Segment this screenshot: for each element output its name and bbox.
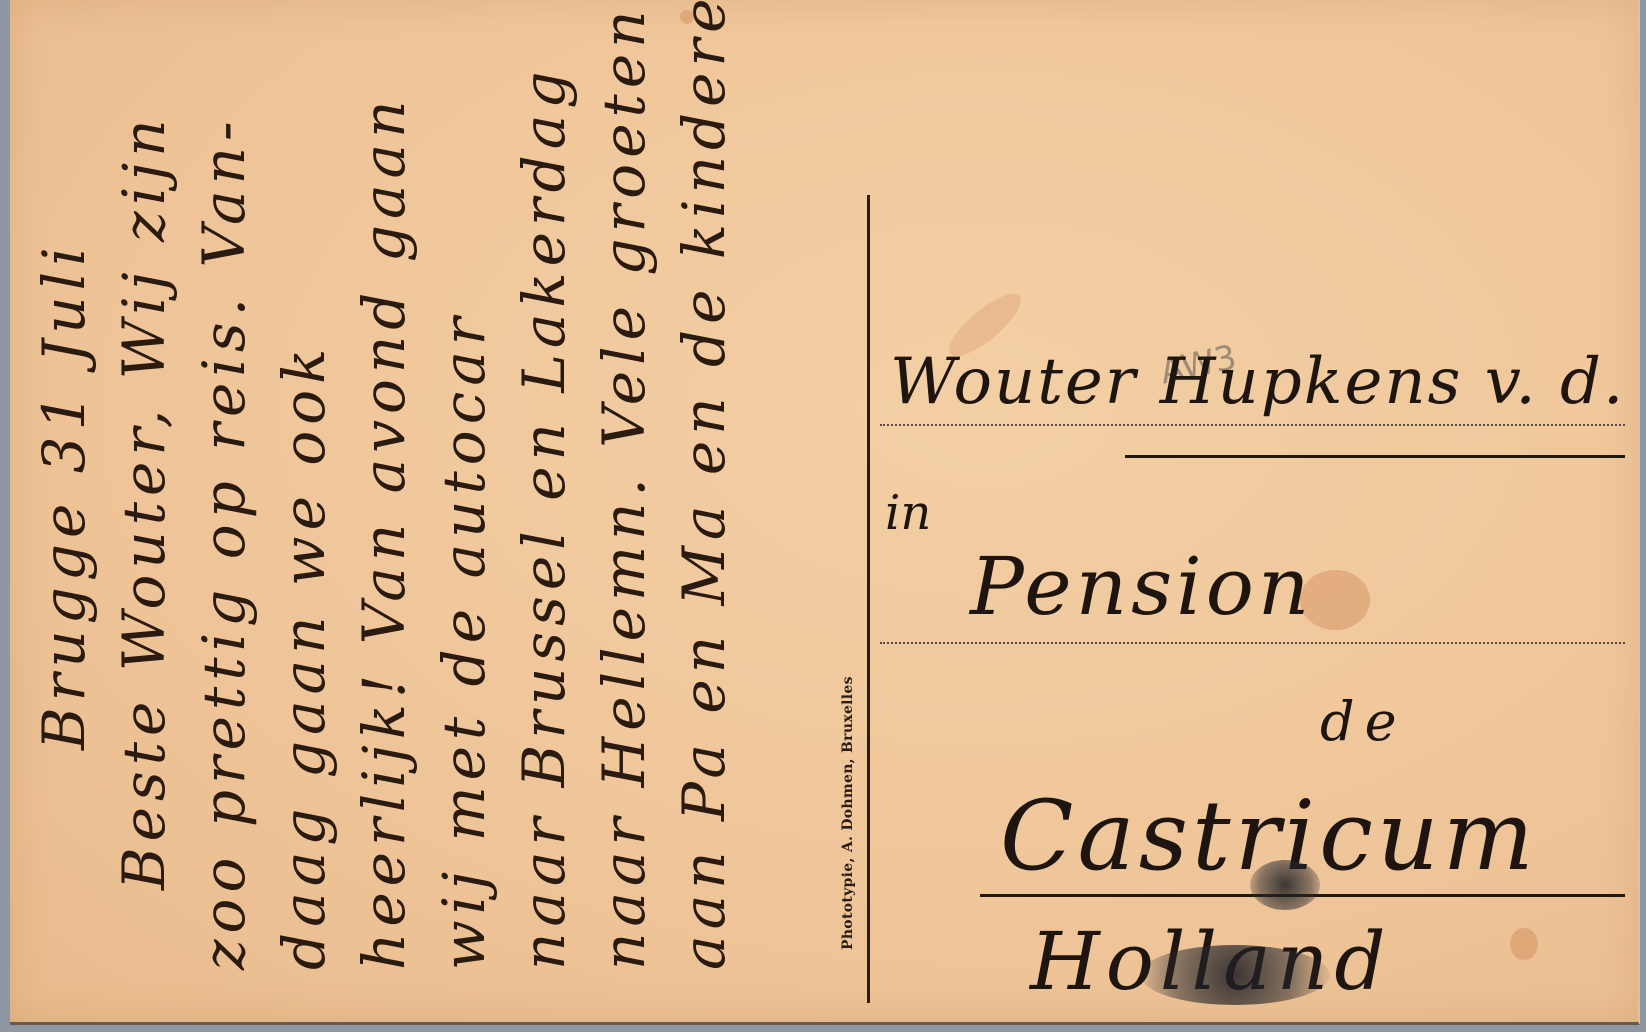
message-line: Brugge 31 Juli xyxy=(30,241,98,750)
message-line: Beste Wouter, Wij zijn xyxy=(110,113,178,890)
postcard: Brugge 31 Juli Beste Wouter, Wij zijn zo… xyxy=(10,0,1640,1025)
handwritten-message: Brugge 31 Juli Beste Wouter, Wij zijn zo… xyxy=(30,10,830,1010)
address-dotted-line-1 xyxy=(880,424,1625,426)
address-in-label: in xyxy=(885,485,931,541)
center-divider-line xyxy=(867,195,870,1003)
address-line-de: de xyxy=(1320,690,1407,753)
stain xyxy=(1510,928,1538,960)
message-line: daag gaan we ook xyxy=(270,343,338,970)
address-line-pension: Pension xyxy=(970,540,1313,633)
message-line: heerlijk! Van avond gaan xyxy=(350,95,418,970)
ink-smudge xyxy=(1140,945,1330,1005)
message-line: wij met de autocar xyxy=(430,311,498,970)
address-underline-1 xyxy=(1125,455,1625,458)
recipient-name: Wouter Hupkens v. d. Elst xyxy=(890,345,1646,419)
message-line: zoo prettig op reis. Van- xyxy=(190,115,258,970)
message-line: naar Hellemn. Vele groeten xyxy=(590,4,658,970)
message-line: naar Brussel en Lakerdag xyxy=(510,66,578,970)
message-line: aan Pa en Ma en de kinderen xyxy=(670,0,738,970)
ink-smudge xyxy=(1250,860,1320,910)
address-dotted-line-2 xyxy=(880,642,1625,644)
printer-imprint: Phototypie, A. Dohmen, Bruxelles xyxy=(840,676,856,950)
